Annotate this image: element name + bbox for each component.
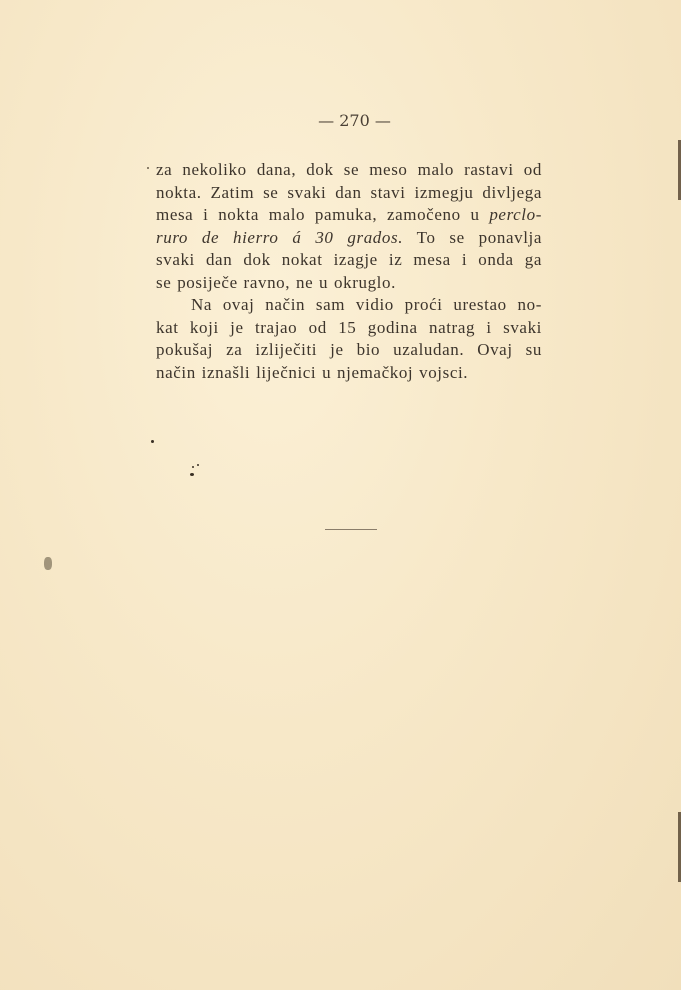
text-run: kat koji je trajao od 15 godina natrag i… [156, 318, 542, 337]
text-run: se posiječe ravno, ne u okruglo. [156, 273, 396, 292]
text-run: svaki dan dok nokat izagje iz mesa i ond… [156, 250, 542, 269]
text-line: način iznašli liječnici u njemačkoj vojs… [156, 362, 542, 385]
paragraph: Na ovaj način sam vidio proći urestao no… [156, 294, 542, 384]
text-run: nokta. Zatim se svaki dan stavi izmegju … [156, 183, 542, 202]
text-run: pokušaj za izliječiti je bio uzaludan. O… [156, 340, 542, 359]
text-run: Na ovaj način sam vidio proći urestao no… [191, 295, 542, 314]
text-line: pokušaj za izliječiti je bio uzaludan. O… [156, 339, 542, 362]
page-number: — 270 — [14, 111, 681, 130]
text-run: način iznašli liječnici u njemačkoj vojs… [156, 363, 468, 382]
text-line: kat koji je trajao od 15 godina natrag i… [156, 317, 542, 340]
ink-speck [197, 464, 199, 466]
ink-speck [147, 167, 149, 169]
ink-speck [151, 440, 154, 443]
text-line: se posiječe ravno, ne u okruglo. [156, 272, 542, 295]
ink-speck [190, 473, 194, 476]
body-text: za nekoliko dana, dok se meso malo rasta… [156, 159, 542, 384]
paragraph: za nekoliko dana, dok se meso malo rasta… [156, 159, 542, 294]
text-run: za nekoliko dana, dok se meso malo rasta… [156, 160, 542, 179]
text-run: To se ponavlja [403, 228, 542, 247]
italic-text: ruro de hierro á 30 grados. [156, 228, 403, 247]
text-line: Na ovaj način sam vidio proći urestao no… [156, 294, 542, 317]
text-run: mesa i nokta malo pamuka, zamočeno u [156, 205, 489, 224]
scanned-book-page: — 270 — za nekoliko dana, dok se meso ma… [0, 0, 681, 990]
ink-speck [192, 466, 194, 468]
text-line: nokta. Zatim se svaki dan stavi izmegju … [156, 182, 542, 205]
text-line: mesa i nokta malo pamuka, zamočeno u per… [156, 204, 542, 227]
text-line: ruro de hierro á 30 grados. To se ponavl… [156, 227, 542, 250]
italic-text: perclo- [489, 205, 542, 224]
text-line: svaki dan dok nokat izagje iz mesa i ond… [156, 249, 542, 272]
stain-mark [44, 557, 52, 570]
section-separator-rule [325, 529, 377, 530]
text-line: za nekoliko dana, dok se meso malo rasta… [156, 159, 542, 182]
